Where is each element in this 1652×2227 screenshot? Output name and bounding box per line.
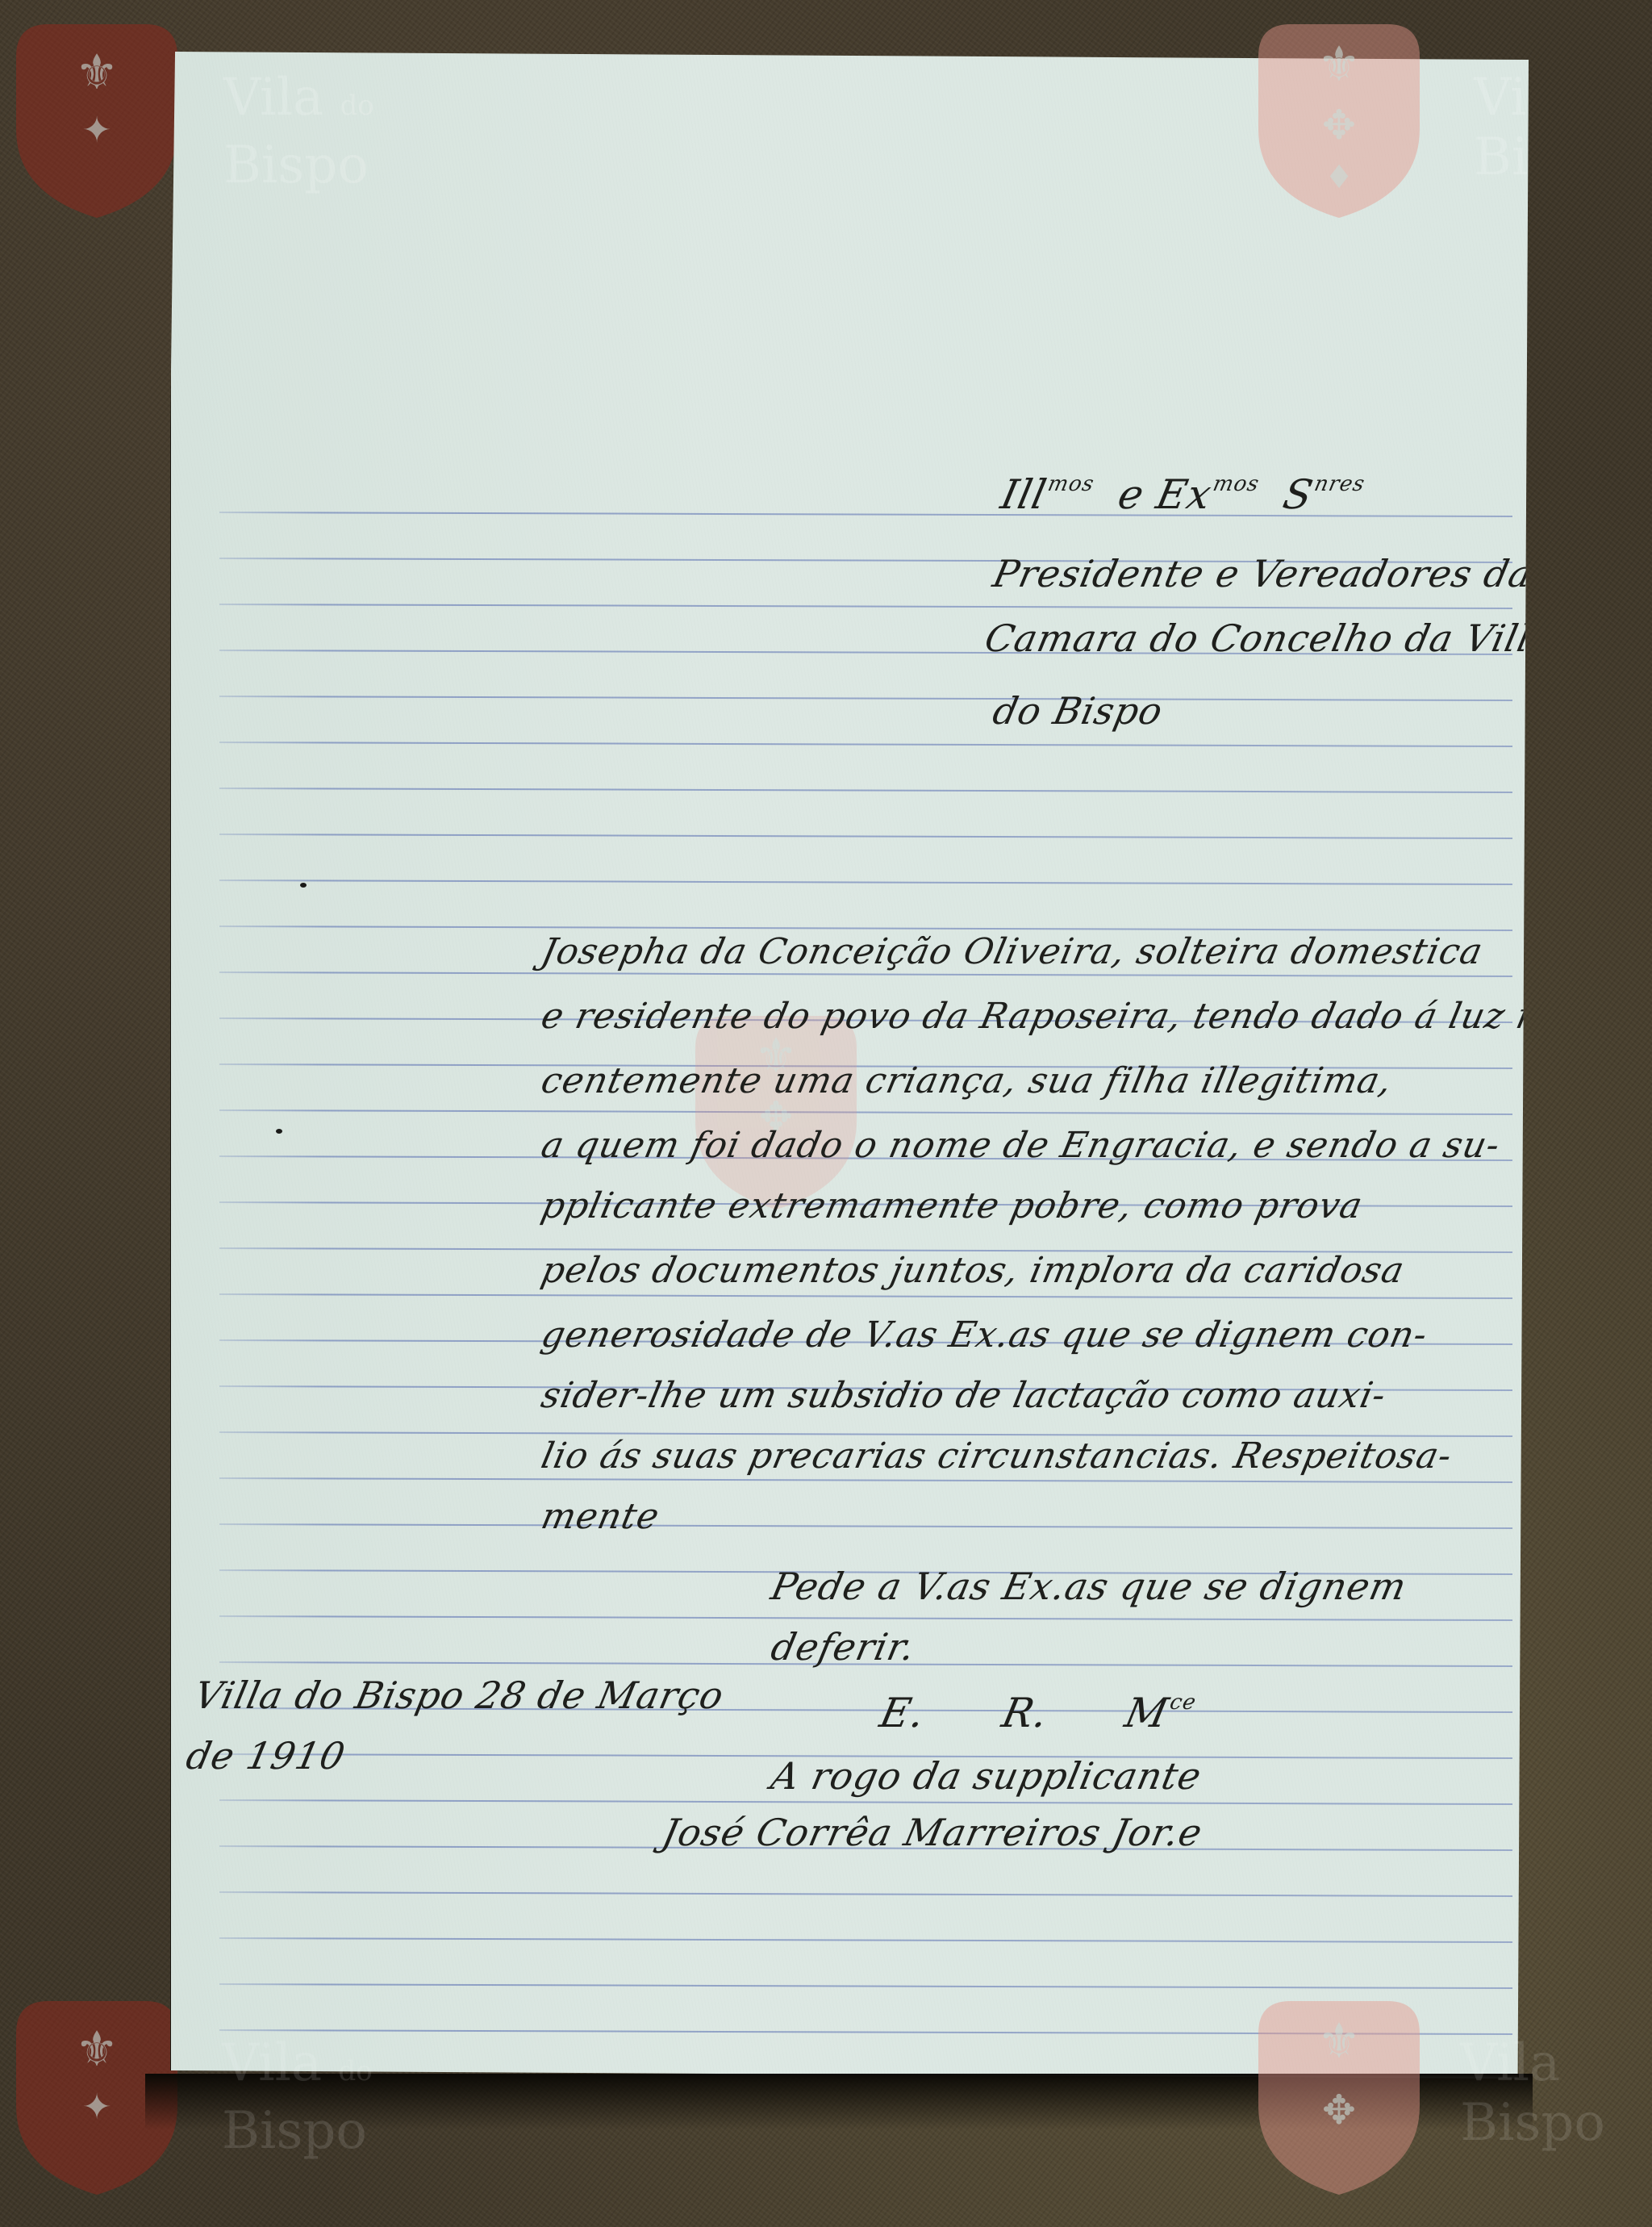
rule-line: [219, 1523, 1512, 1529]
closing-request: Pede a V.as Ex.as que se dignem: [767, 1565, 1411, 1608]
rule-line: [219, 880, 1512, 885]
body-line: centemente uma criança, sua filha illegi…: [538, 1060, 1396, 1101]
rule-line: [219, 1109, 1512, 1115]
body-line: e residente do povo da Raposeira, tendo …: [538, 996, 1574, 1037]
body-line: Josepha da Conceição Oliveira, solteira …: [538, 931, 1487, 972]
body-line: sider-lhe um subsidio de lactação como a…: [538, 1375, 1391, 1416]
address-line-salutation: Illmos e Exmos Snres: [997, 471, 1367, 518]
rule-line: [219, 925, 1512, 931]
rule-line: [219, 1615, 1512, 1621]
rule-line: [219, 788, 1512, 793]
rule-line: [219, 696, 1512, 701]
closing-rogo: A rogo da supplicante: [767, 1754, 1205, 1798]
closing-erm: E. R. Mce: [876, 1690, 1199, 1736]
ink-speck: [276, 1129, 282, 1134]
dateline-year: de 1910: [182, 1734, 349, 1778]
letter-paper: Vila do Bispo Vila Bispo ⚜ ✥ Illmos e Ex…: [171, 52, 1529, 2079]
body-line: pelos documentos juntos, implora da cari…: [538, 1250, 1408, 1291]
body-line: lio ás suas precarias circunstancias. Re…: [538, 1435, 1456, 1477]
address-line-2: Presidente e Vereadores da: [989, 552, 1537, 595]
address-line-3: Camara do Concelho da Villa: [981, 616, 1558, 660]
rule-line: [219, 1293, 1512, 1299]
body-line: mente: [538, 1496, 664, 1537]
crest-watermark-icon: ⚜ ✥: [695, 1016, 857, 1210]
signature: José Corrêa Marreiros Jor.e: [658, 1811, 1206, 1854]
body-line: a quem foi dado o nome de Engracia, e se…: [538, 1125, 1504, 1166]
closing-defer: deferir.: [767, 1625, 920, 1669]
rule-line: [219, 1799, 1512, 1805]
body-line: pplicante extremamente pobre, como prova: [538, 1185, 1367, 1226]
rule-line: [219, 1891, 1512, 1897]
rule-line: [219, 1937, 1512, 1943]
watermark-text: Vila do Bispo: [222, 2033, 373, 2161]
dateline-place-date: Villa do Bispo 28 de Março: [190, 1673, 728, 1717]
rule-line: [219, 742, 1512, 747]
rule-line: [219, 971, 1512, 977]
rule-line: [219, 604, 1512, 609]
rule-line: [219, 834, 1512, 839]
watermark-text: Vila do Bispo: [223, 68, 374, 195]
rule-line: [219, 1477, 1512, 1483]
address-line-4: do Bispo: [989, 689, 1167, 733]
ink-speck: [300, 883, 307, 888]
body-line: generosidade de V.as Ex.as que se dignem…: [538, 1314, 1432, 1356]
watermark-text: Vila Bispo: [1460, 2033, 1605, 2153]
rule-line: [219, 1983, 1512, 1989]
